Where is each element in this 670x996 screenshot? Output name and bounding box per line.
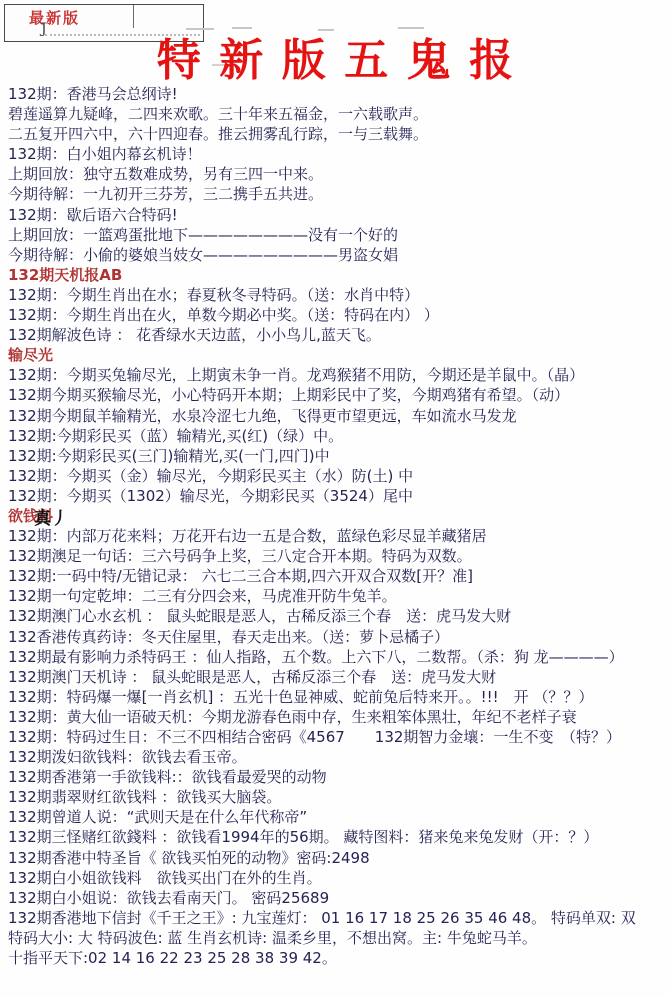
section-header-xiehouyu: 132期：歇后语六合特码! xyxy=(8,205,668,225)
report-line: 132期：黄大仙一语破天机：今期龙游春色雨中存，生来粗笨体黑壮，年纪不老样子衰 xyxy=(8,707,668,727)
report-line: 今期待解：小偷的婆娘当妓女—————————男盗女娼 xyxy=(8,245,668,265)
report-line: 132期最有影响力杀特码王 ：仙人指路，五个数。上六下八，二数帮。（杀：狗 龙—… xyxy=(8,647,668,667)
report-line: 132期澳门心水玄机 ： 鼠头蛇眼是恶人，古稀反添三个春 送：虎马发大财 xyxy=(8,606,668,626)
report-line: 132期白小姐说：欲钱去看南天门。 密码25689 xyxy=(8,888,668,908)
report-line: 132期:今期彩民买（蓝）输精光,买(红)（绿）中。 xyxy=(8,426,668,446)
report-line: 132期：今期生肖出在火，单数今期必中奖。（送：特码在内） ） xyxy=(8,305,668,325)
report-line: 132期:今期彩民买(三门)输精光,买(一门,四门)中 xyxy=(8,446,668,466)
report-line: 132期:一码中特/无错记录： 六七二三合本期,四六开双合双数[开？准] xyxy=(8,566,668,586)
report-line: 132期澳足一句话：三六号码争上奖，三八定合开本期。特码为双数。 xyxy=(8,546,668,566)
report-line: 132期：内部万花来料；万花开右边一五是合数，蓝绿色彩尽显羊藏猪居 xyxy=(8,526,668,546)
report-line: 132期：今期买（1302）输尽光，今期彩民买（3524）尾中 xyxy=(8,486,668,506)
report-line: 132期解波色诗 ： 花香绿水天边蓝，小小鸟儿,蓝天飞。 xyxy=(8,325,668,345)
report-line: 132期香港中特圣旨《 欲钱买怕死的动物》密码:2498 xyxy=(8,848,668,868)
report-line: 132期今期买猴输尽光，小心特码开本期；上期彩民中了奖，今期鸡猪有希望。（动） xyxy=(8,385,668,405)
report-line: 132期澳门天机诗 ： 鼠头蛇眼是恶人，古稀反添三个春 送：虎马发大财 xyxy=(8,667,668,687)
five-ghost-report-page: 最新版 J 特新版五鬼报 132期：香港马会总纲诗! 碧莲遥算九疑峰，二四来欢歌… xyxy=(0,0,670,996)
report-line: 132期：今期生肖出在水；春夏秋冬寻特码。（送：水肖中特） xyxy=(8,285,668,305)
section-header-baixiaojie: 132期：白小姐内幕玄机诗！ xyxy=(8,144,668,164)
report-line: 132期翡翠财红欲钱料 ：欲钱买大脑袋。 xyxy=(8,787,668,807)
report-line: 132期：特码爆一爆[一肖玄机] ：五光十色显神威、蛇前兔后特来开。。!!! 开… xyxy=(8,687,668,707)
section-header-tianjibao: 132期天机报AB xyxy=(8,265,668,285)
report-line: 132期白小姐欲钱料 欲钱买出门在外的生肖。 xyxy=(8,868,668,888)
section-header-zonggang: 132期：香港马会总纲诗! xyxy=(8,84,668,104)
report-line: 132期：特码过生日：不三不四相结合密码《4567 132期智力金壤：一生不变 … xyxy=(8,727,668,747)
report-line: 十指平天下:02 14 16 22 23 25 28 38 39 42。 xyxy=(8,948,668,968)
report-line: 132期：今期买兔输尽光，上期寅未争一肖。龙鸡猴猪不用防，今期还是羊鼠中。（晶） xyxy=(8,365,668,385)
report-line: 132期：今期买（金）输尽光，今期彩民买主（水）防(土) 中 xyxy=(8,466,668,486)
section-header-shujinguang: 输尽光 xyxy=(8,345,668,365)
report-line: 132期泼妇欲钱料：欲钱去看玉帝。 xyxy=(8,747,668,767)
page-title: 特新版五鬼报 xyxy=(0,24,670,88)
report-line: 132期香港地下信封《千王之王》: 九宝莲灯： 01 16 17 18 25 2… xyxy=(8,908,668,928)
report-line: 132香港传真药诗：冬天住屋里，春天走出来。（送：萝卜忌橘子） xyxy=(8,627,668,647)
report-line: 132期三怪赌红欲錢料 ：欲钱看1994年的56期。 藏特图料：猪来兔来兔发财（… xyxy=(8,827,668,847)
report-line: 特码大小: 大 特码波色: 蓝 生肖玄机诗: 温柔乡里，不想出窝。主: 牛兔蛇马… xyxy=(8,928,668,948)
report-line: 132期曾道人说：“武则天是在什么年代称帝” xyxy=(8,807,668,827)
report-line: 今期待解：一九初开三芬芳，三二携手五共进。 xyxy=(8,184,668,204)
report-line: 132期今期鼠羊输精光，水泉冷涩七九绝，飞得更市望更远，车如流水马发龙 xyxy=(8,406,668,426)
report-line: 碧莲遥算九疑峰，二四来欢歌。三十年来五福金，一六载歌声。 xyxy=(8,104,668,124)
section-header-yuqianliao: 欲钱料 真丿 xyxy=(8,506,668,526)
report-body: 132期：香港马会总纲诗! 碧莲遥算九疑峰，二四来欢歌。三十年来五福金，一六载歌… xyxy=(8,84,668,968)
report-line: 上期回放：一篮鸡蛋批地下————————没有一个好的 xyxy=(8,225,668,245)
report-line: 上期回放：独守五数难成势，另有三四一中来。 xyxy=(8,164,668,184)
report-line: 132期香港第一手欲钱料:：欲钱看最爱哭的动物 xyxy=(8,767,668,787)
overlapping-glyph: 真丿 xyxy=(34,509,68,529)
report-line: 二五复开四六中，六十四迎春。推云拥雾乱行踪，一与三载舞。 xyxy=(8,124,668,144)
report-line: 132期一句定乾坤：二三有分四会来，马虎准开防牛兔羊。 xyxy=(8,586,668,606)
